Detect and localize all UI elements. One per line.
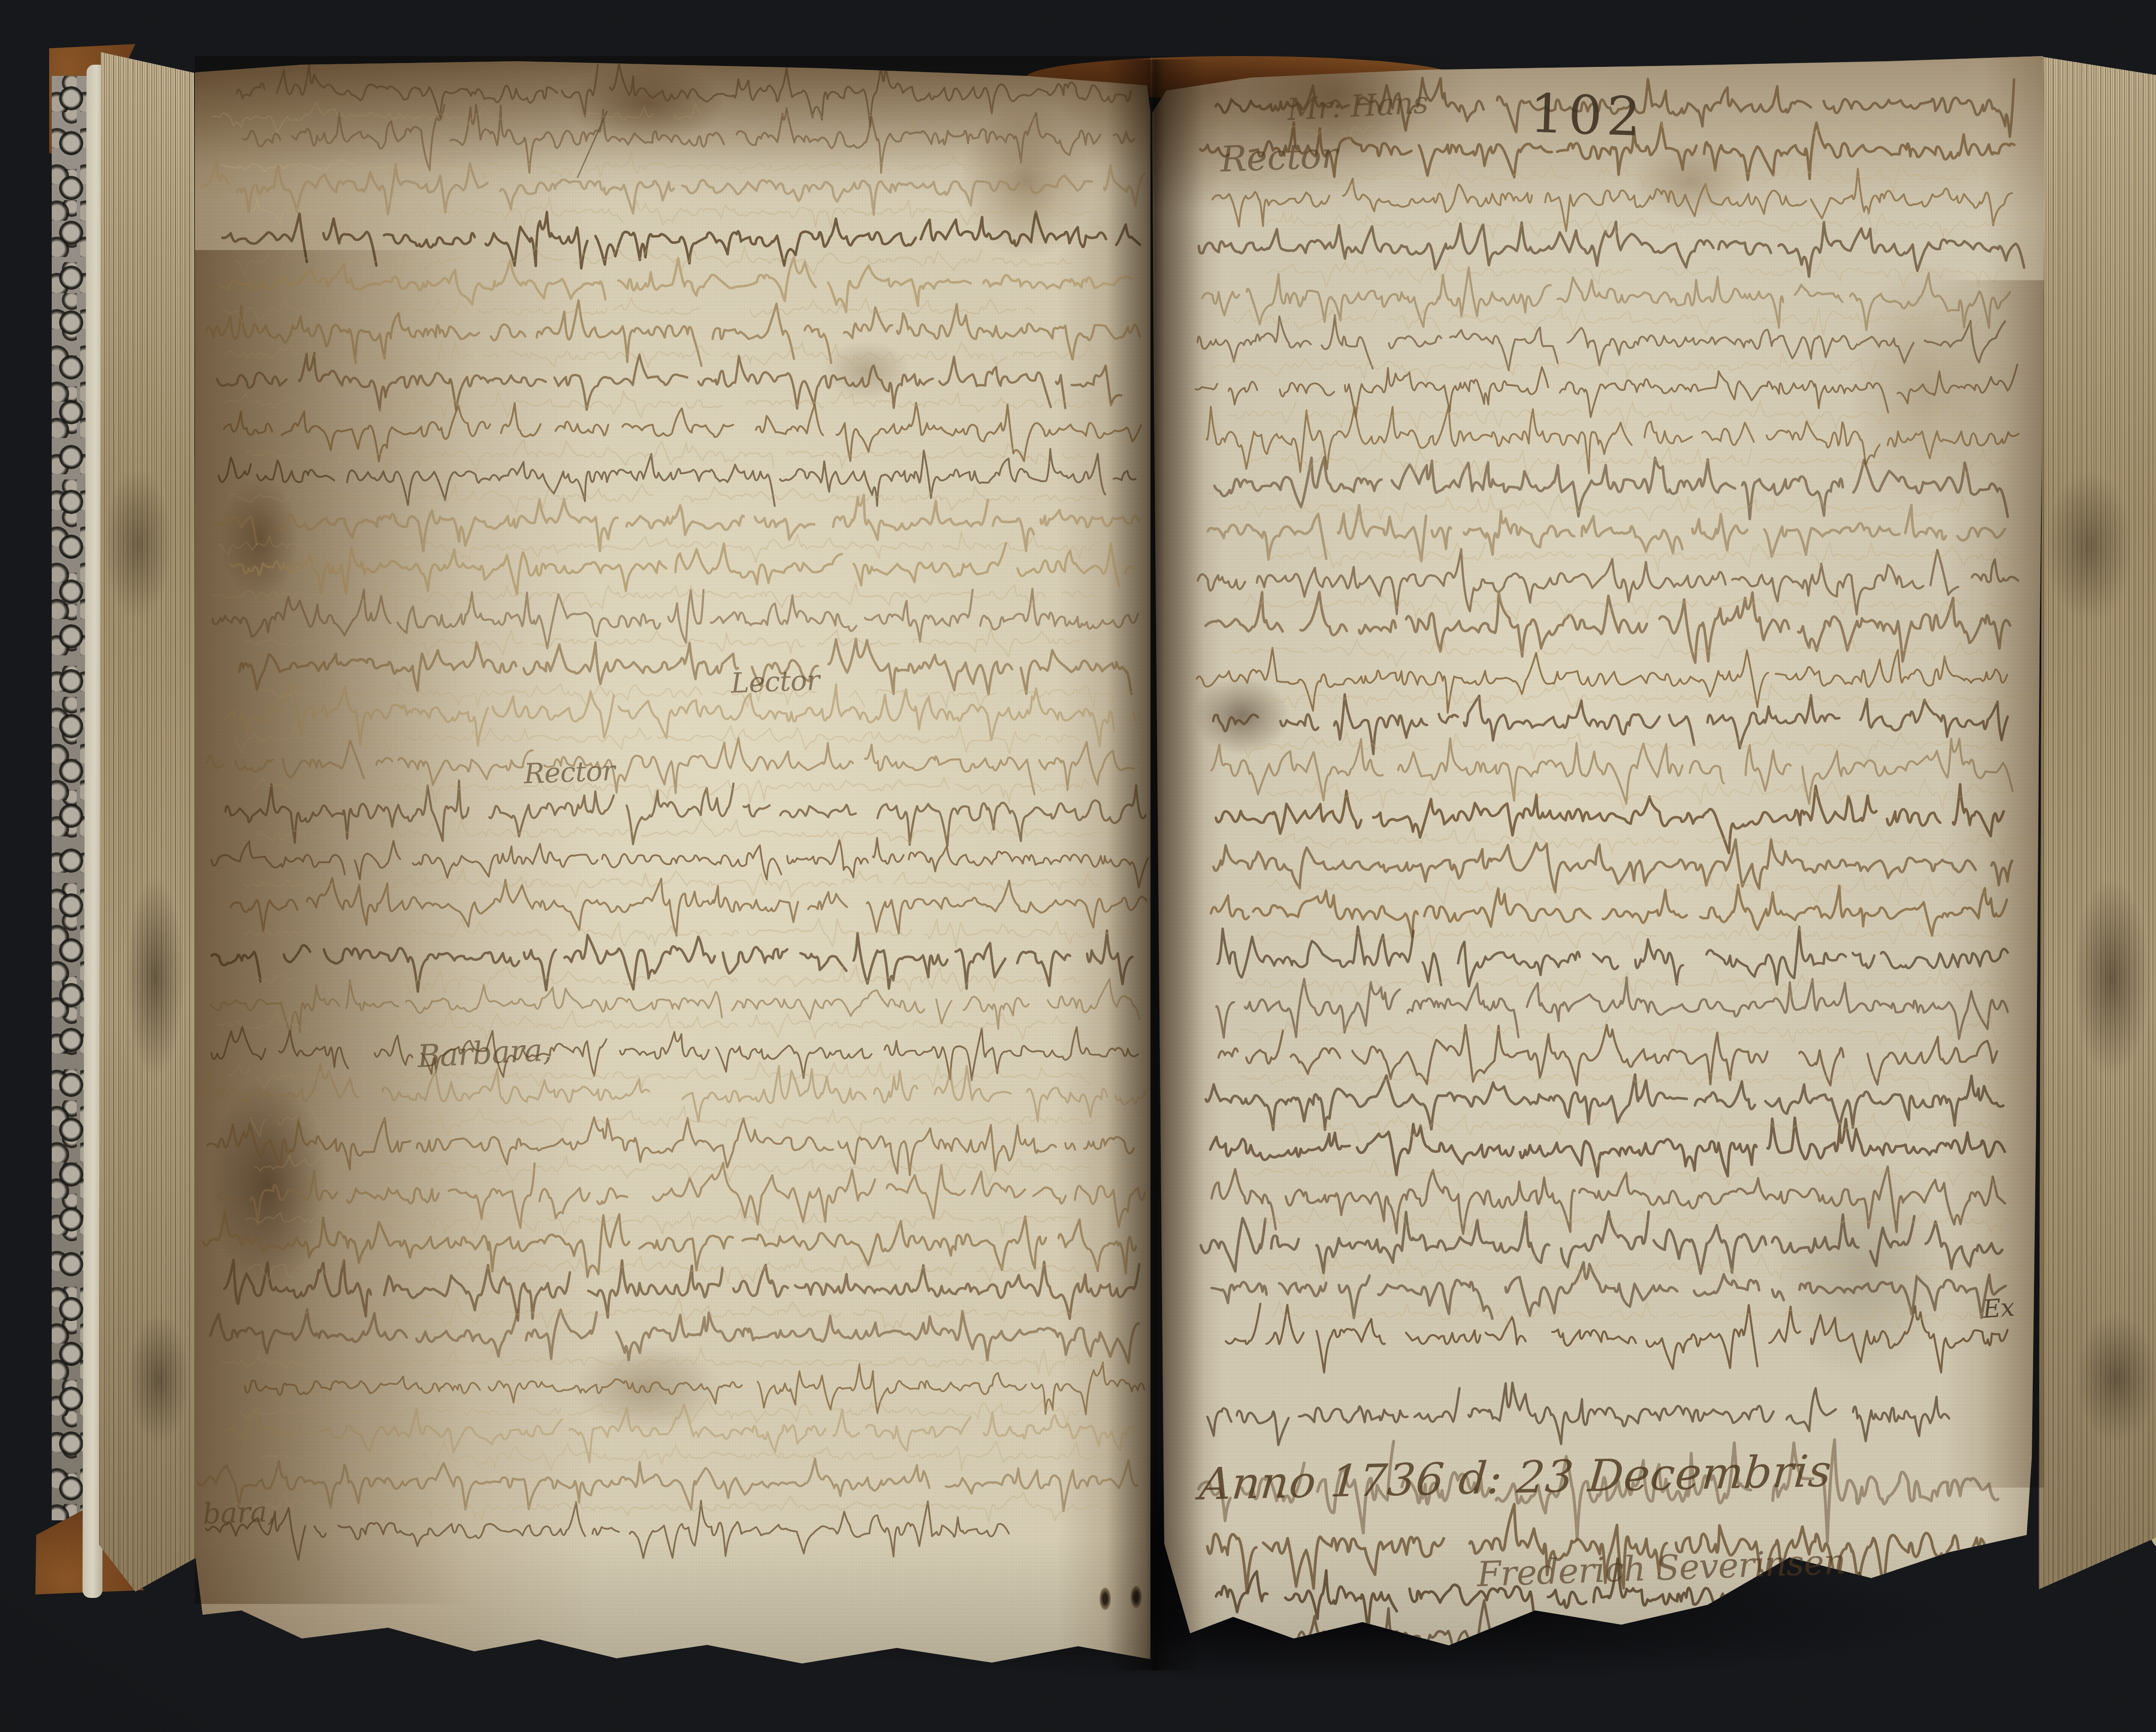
right-page-stains <box>1152 55 2046 1669</box>
margin-note-ex: Ex <box>1982 1293 2015 1324</box>
word-mr-hans: Mr: Hans <box>1286 85 1429 128</box>
page-edges-right <box>2039 53 2156 1594</box>
word-bara: bara, <box>202 1495 276 1531</box>
left-page-stains <box>195 55 1152 1668</box>
photo-backdrop: a edi nnu lsen, din un ichen tz: mh uir … <box>0 0 2156 1732</box>
right-page <box>1152 55 2046 1669</box>
word-rector-right: Rector <box>1219 135 1338 180</box>
left-page <box>195 55 1152 1668</box>
word-lector-left: Lector <box>730 664 820 699</box>
book-gutter-shadow <box>1106 60 1204 1670</box>
page-edges-left <box>99 50 196 1595</box>
word-rector-left: Rector <box>523 755 615 790</box>
word-barbara: Barbara, <box>417 1031 552 1074</box>
page-number: 102 <box>1529 82 1646 148</box>
